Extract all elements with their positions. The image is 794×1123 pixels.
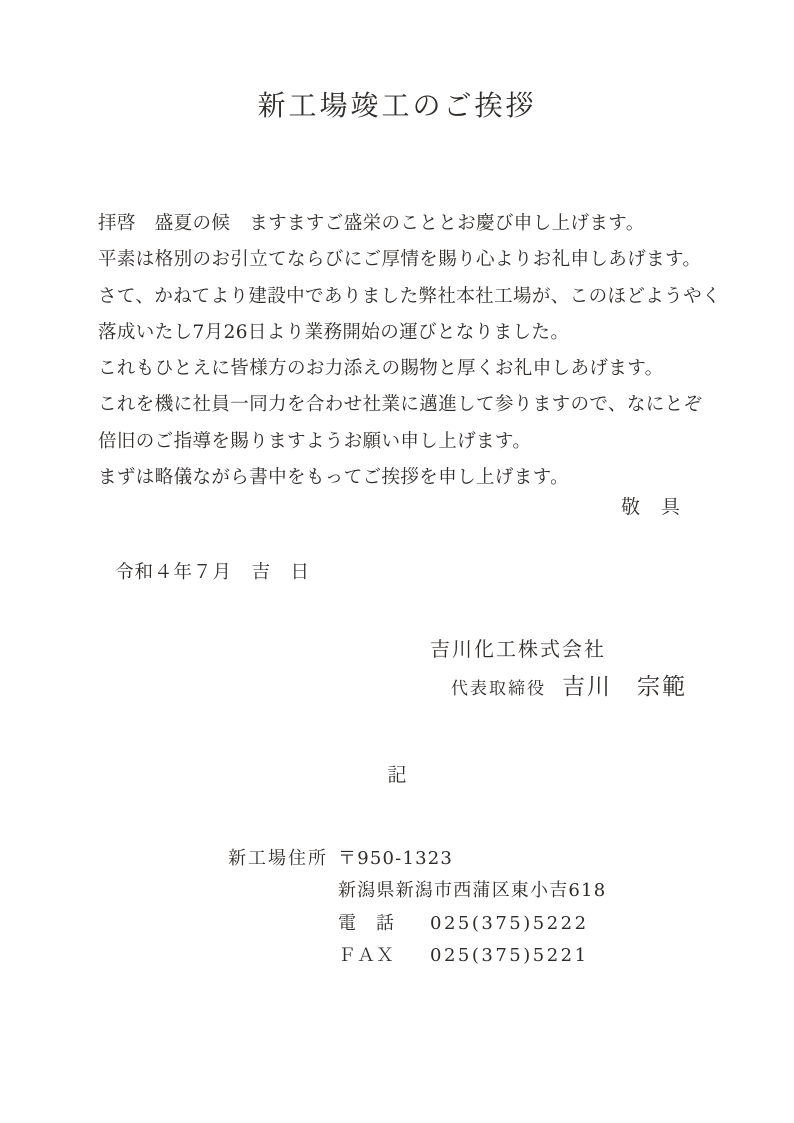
postal-code: 〒950-1323 [338,843,453,875]
letter-date: 令和４年７月 吉 日 [115,558,310,584]
phone-label: 電 話 [338,908,430,940]
body-line: 落成いたし7月26日より業務開始の運びとなりました。 [98,315,714,351]
factory-details-block: 新工場住所 〒950-1323 新潟県新潟市西蒲区東小吉618 電 話025(3… [228,843,606,973]
body-line: これもひとえに皆様方のお力添えの賜物と厚くお礼申しあげます。 [98,351,714,387]
closing-salutation: 敬 具 [621,492,681,519]
body-line: まずは略儀ながら書中をもってご挨拶を申し上げます。 [98,460,714,496]
details-row-phone: 電 話025(375)5222 [228,908,606,940]
fax-label: ＦＡＸ [338,940,430,972]
details-spacer [228,875,338,907]
street-address: 新潟県新潟市西蒲区東小吉618 [338,875,606,907]
body-line: 平素は格別のお引立てならびにご厚情を賜り心よりお礼申しあげます。 [98,242,714,278]
signer-name: 吉川 宗範 [562,668,687,701]
body-line: さて、かねてより建設中でありました弊社本社工場が、このほどようやく [98,279,714,315]
body-line: 倍旧のご指導を賜りますようお願い申し上げます。 [98,424,714,460]
body-line: これを機に社員一同力を合わせ社業に邁進して参りますので、なにとぞ [98,387,714,423]
details-row-postal: 新工場住所 〒950-1323 [228,843,606,875]
details-spacer [228,908,338,940]
company-name: 吉川化工株式会社 [430,633,606,662]
factory-address-label: 新工場住所 [228,843,338,875]
phone-line: 電 話025(375)5222 [338,908,589,940]
letter-body: 拝啓 盛夏の候 ますますご盛栄のこととお慶び申し上げます。 平素は格別のお引立て… [98,206,714,496]
phone-number: 025(375)5222 [430,913,589,934]
fax-line: ＦＡＸ025(375)5221 [338,940,589,972]
details-row-fax: ＦＡＸ025(375)5221 [228,940,606,972]
letter-title: 新工場竣工のご挨拶 [0,84,794,124]
details-spacer [228,940,338,972]
details-row-address: 新潟県新潟市西蒲区東小吉618 [228,875,606,907]
signer-title: 代表取締役 [451,674,546,699]
signature-block: 代表取締役 吉川 宗範 [451,668,687,701]
letter-page: 新工場竣工のご挨拶 拝啓 盛夏の候 ますますご盛栄のこととお慶び申し上げます。 … [0,0,794,1123]
record-marker: 記 [0,760,794,787]
fax-number: 025(375)5221 [430,945,589,966]
body-line: 拝啓 盛夏の候 ますますご盛栄のこととお慶び申し上げます。 [98,206,714,242]
